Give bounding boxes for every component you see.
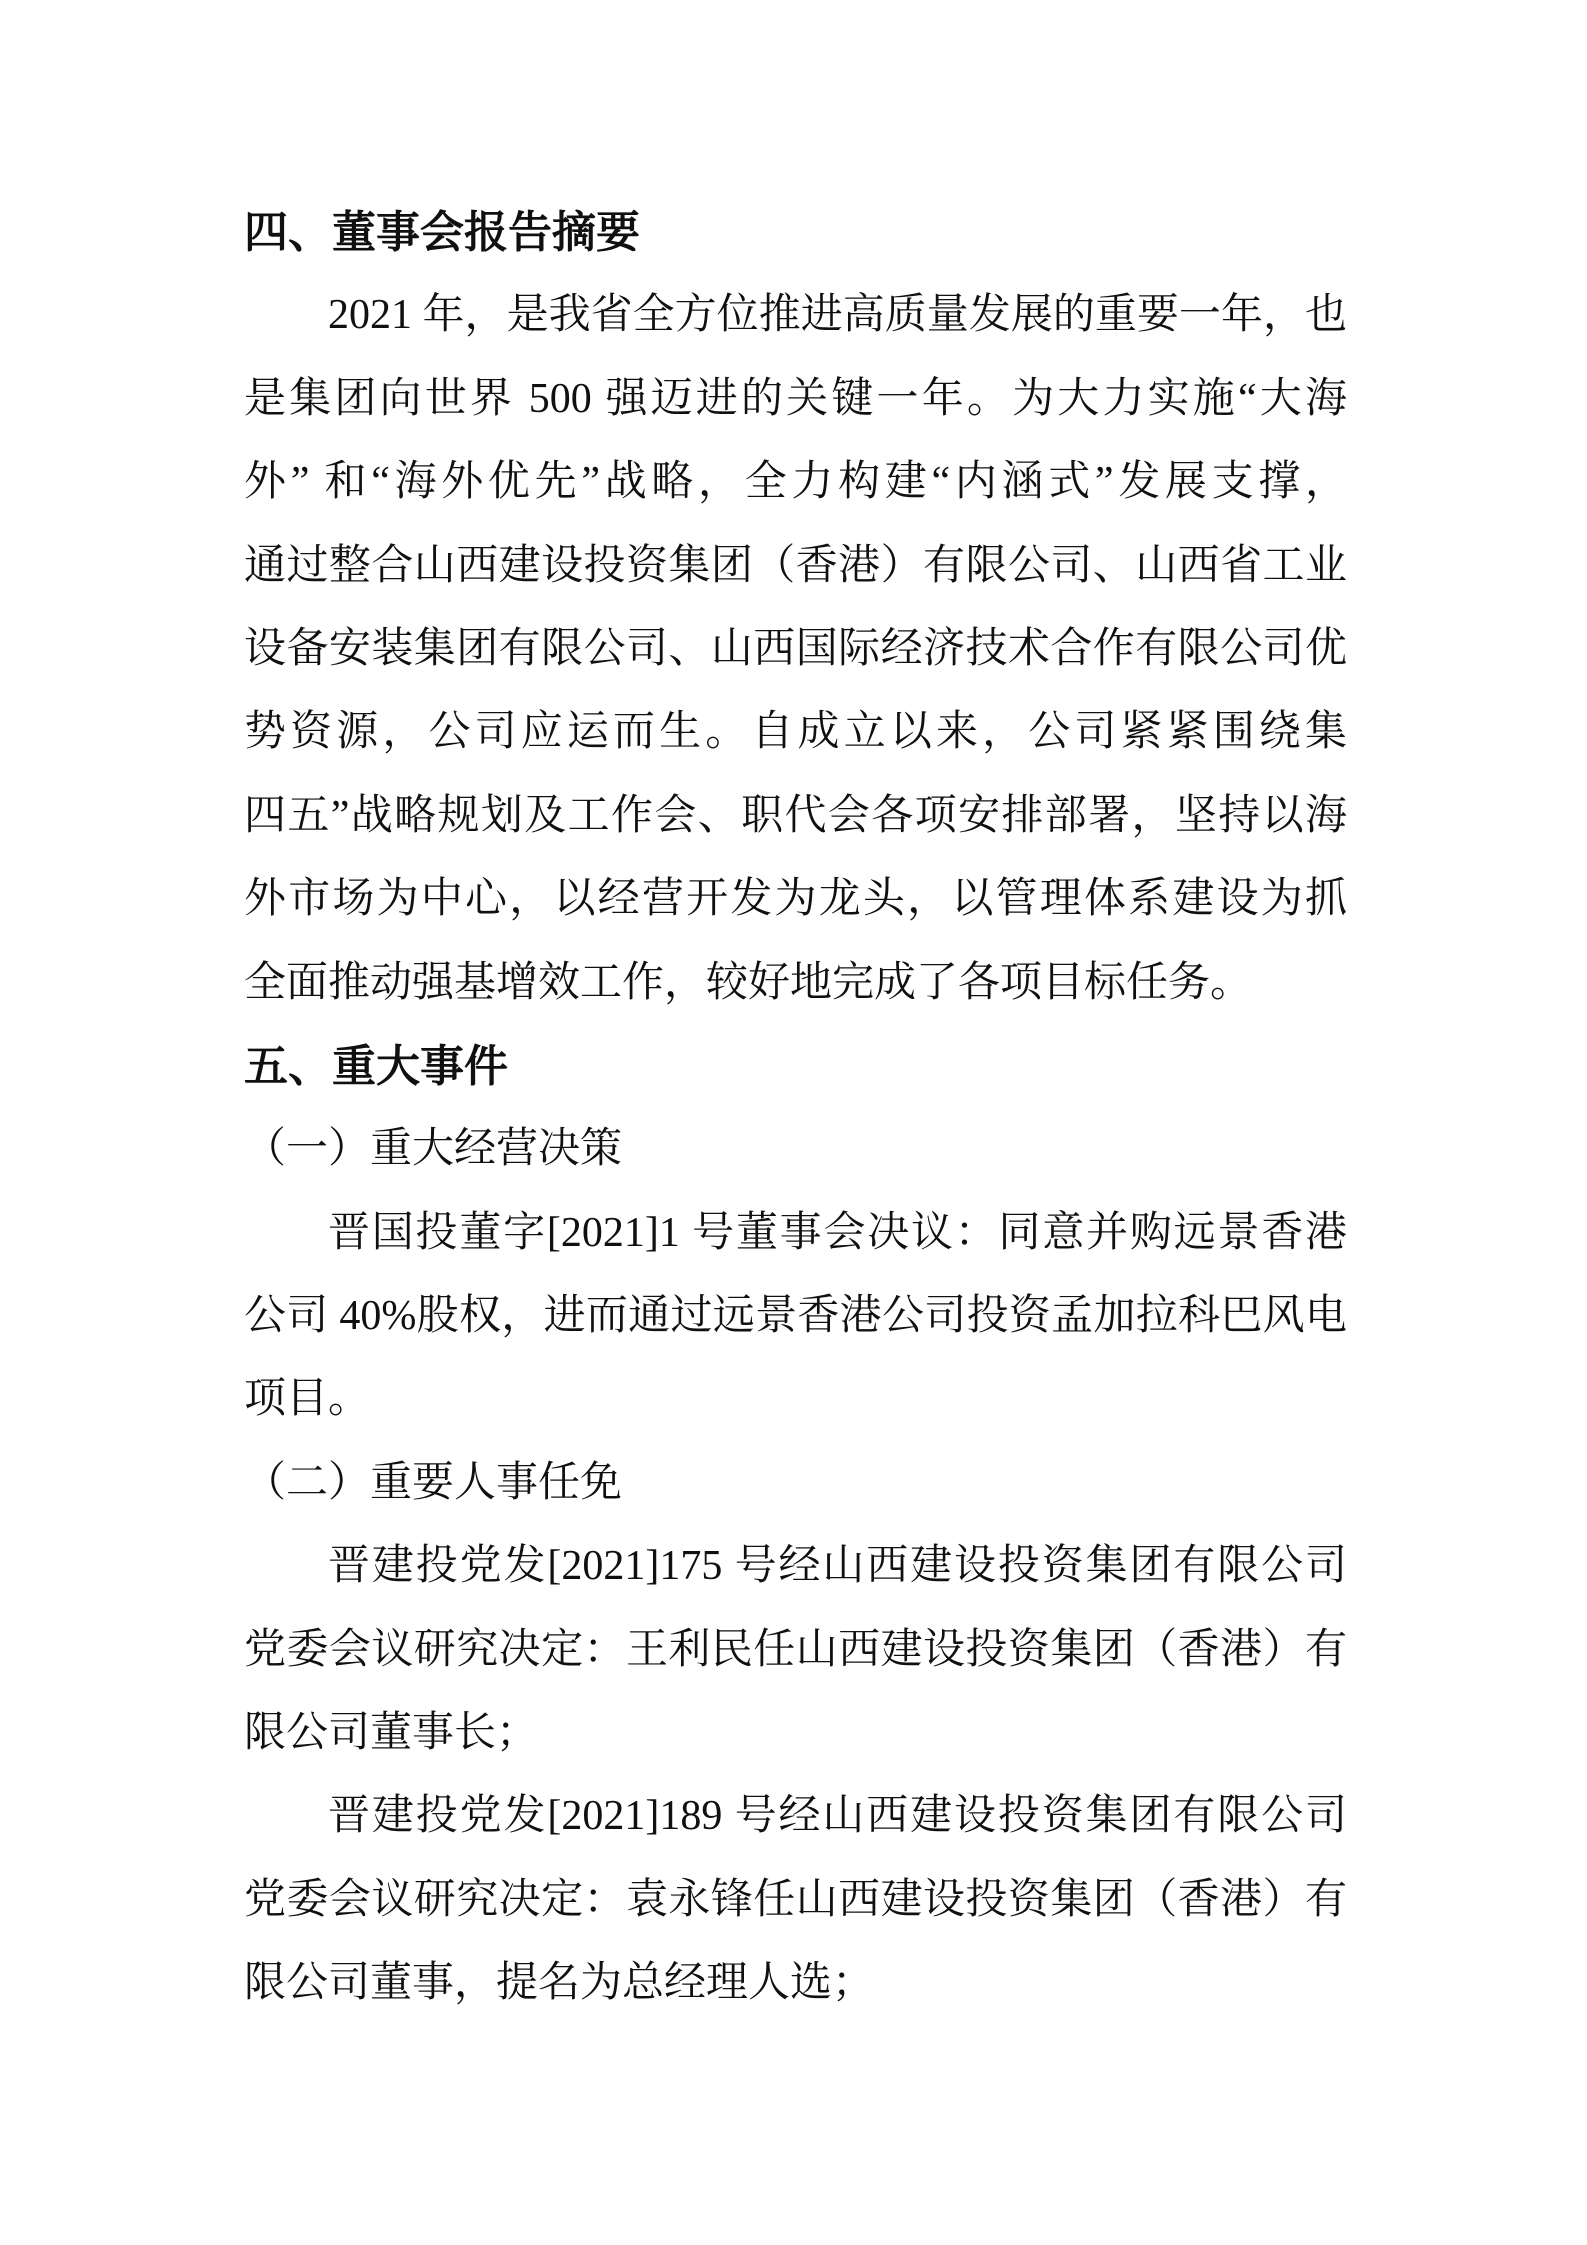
paragraph-line: 公司 40%股权，进而通过远景香港公司投资孟加拉科巴风电 <box>244 1275 1347 1358</box>
paragraph-line: 限公司董事长； <box>244 1692 1347 1775</box>
paragraph-line: 四五”战略规划及工作会、职代会各项安排部署，坚持以海 <box>244 775 1347 858</box>
paragraph-line: 晋建投党发[2021]189 号经山西建设投资集团有限公司 <box>244 1775 1347 1858</box>
paragraph-line: 限公司董事，提名为总经理人选； <box>244 1942 1347 2025</box>
section-5-heading: 五、重大事件 <box>244 1025 1347 1108</box>
paragraph-line: 晋建投党发[2021]175 号经山西建设投资集团有限公司 <box>244 1525 1347 1608</box>
paragraph-line: 晋国投董字[2021]1 号董事会决议：同意并购远景香港 <box>244 1192 1347 1275</box>
paragraph-line: 党委会议研究决定：袁永锋任山西建设投资集团（香港）有 <box>244 1859 1347 1942</box>
paragraph-line: 外” 和“海外优先”战略，全力构建“内涵式”发展支撑， <box>244 441 1347 524</box>
paragraph-line: 外市场为中心，以经营开发为龙头，以管理体系建设为抓手， <box>244 858 1347 941</box>
section-4-heading: 四、董事会报告摘要 <box>244 191 1347 274</box>
subsection-1-heading: （一）重大经营决策 <box>244 1108 1347 1191</box>
paragraph-line: 项目。 <box>244 1358 1347 1441</box>
paragraph-line: 党委会议研究决定：王利民任山西建设投资集团（香港）有 <box>244 1609 1347 1692</box>
paragraph-line: 2021 年，是我省全方位推进高质量发展的重要一年，也 <box>244 274 1347 357</box>
document-content: 四、董事会报告摘要 2021 年，是我省全方位推进高质量发展的重要一年，也 是集… <box>244 191 1347 2026</box>
paragraph-line: 是集团向世界 500 强迈进的关键一年。为大力实施“大海 <box>244 358 1347 441</box>
paragraph-line: 通过整合山西建设投资集团（香港）有限公司、山西省工业 <box>244 525 1347 608</box>
paragraph-line: 全面推动强基增效工作，较好地完成了各项目标任务。 <box>244 942 1347 1025</box>
paragraph-line: 设备安装集团有限公司、山西国际经济技术合作有限公司优 <box>244 608 1347 691</box>
subsection-2-heading: （二）重要人事任免 <box>244 1442 1347 1525</box>
paragraph-line: 势资源，公司应运而生。自成立以来，公司紧紧围绕集团“十 <box>244 691 1347 774</box>
document-page: 四、董事会报告摘要 2021 年，是我省全方位推进高质量发展的重要一年，也 是集… <box>0 0 1587 2245</box>
